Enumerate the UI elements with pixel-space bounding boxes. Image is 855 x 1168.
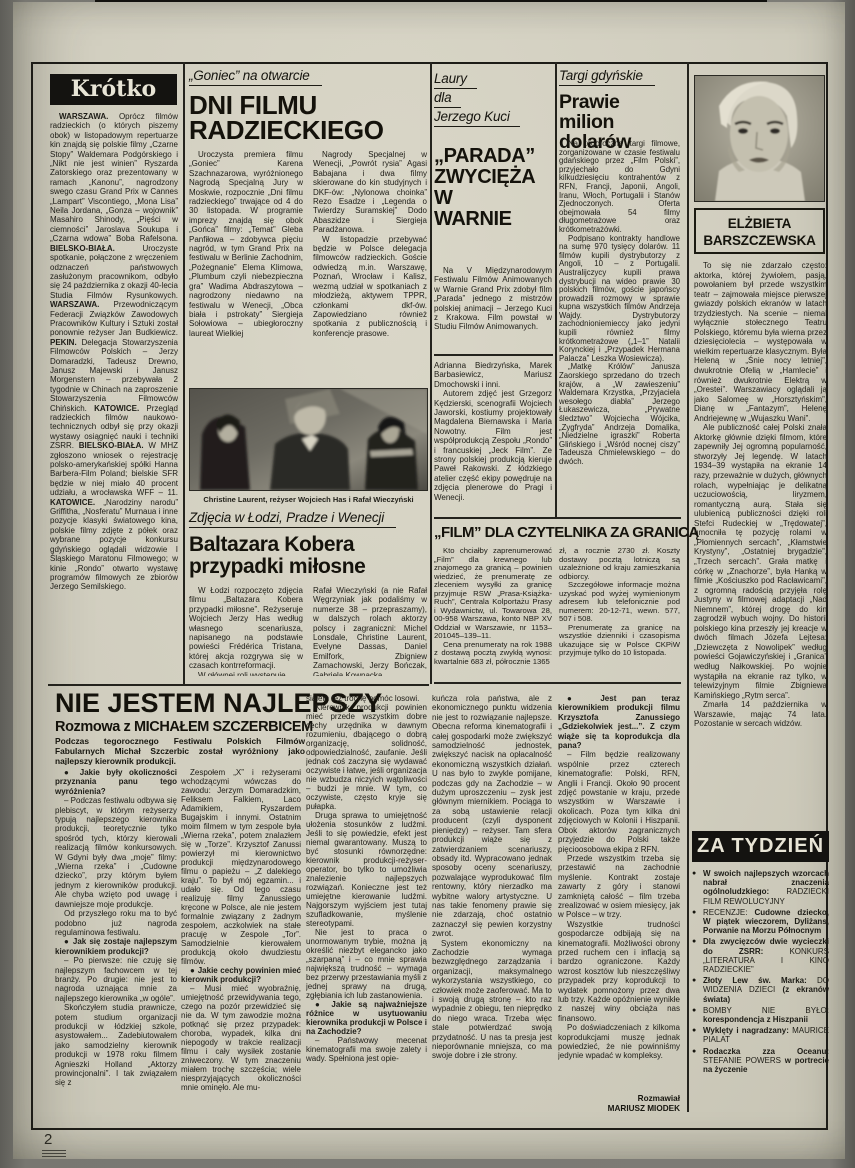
text-segment: Nagrody Specjalnej w Wenecji, „Powrót ry… [313, 150, 427, 234]
newspaper-page: Krótko WARSZAWA. Oprócz filmów radziecki… [0, 0, 855, 1168]
paragraph: Ale publiczność całej Polski znała Aktor… [694, 423, 827, 700]
text-segment: System ekonomiczny na Zachodzie wymaga b… [432, 939, 552, 1061]
section-rule [434, 354, 553, 356]
column-rule [430, 62, 432, 684]
column-rule [687, 62, 689, 1112]
paragraph: – Po pierwsze: nie czuję się najlepszym … [55, 956, 177, 1003]
text-segment: Przede wszystkim trzeba się przestawić n… [558, 854, 680, 919]
text-segment: Od przyszłego roku ma to być podobno już… [55, 909, 177, 937]
article-column: Adrianna Biedrzyńska, Marek Barbasiewicz… [434, 361, 552, 511]
text-segment: ● Jest pan teraz kierownikiem produkcji … [558, 694, 680, 750]
obituary-body: To się nie zdarzało często: aktorka, któ… [694, 261, 827, 827]
paragraph: Po doświadczeniach z kilkoma koprodukcja… [558, 1023, 680, 1061]
paragraph: Szczegółowe informacje można uzyskać pod… [559, 581, 680, 624]
text-segment: Prenumeratę za granicę na wszystkie dzie… [559, 623, 680, 658]
interview-column: kuńcza rola państwa, ale z ekonomicznego… [432, 694, 552, 1122]
paragraph: Prenumeratę za granicę na wszystkie dzie… [559, 624, 680, 658]
krotko-title: Krótko [50, 74, 177, 105]
za-tydzien-list: ●W swoich najlepszych wzorcach nabrał zn… [692, 869, 829, 1115]
bullet-icon: ● [692, 1026, 703, 1044]
kicker-text: „Goniec” na otwarcie [189, 68, 322, 86]
bullet-icon: ● [692, 937, 703, 974]
text-segment: Cena prenumeraty na rok 1988 z dostawą p… [434, 640, 552, 666]
article-column: zł, a rocznie 2730 zł. Koszty dostawy po… [559, 547, 680, 679]
text-segment: Ale publiczność całej Polski znała Aktor… [694, 423, 827, 699]
paragraph: – Film będzie realizowany wspólnie przez… [558, 750, 680, 853]
interview-byline: Rozmawiał MARIUSZ MIODEK [558, 1094, 680, 1114]
text-segment: „Matkę Królów” Janusza Zaorskiego sprzed… [559, 362, 680, 466]
text-segment: Adrianna Biedrzyńska, Marek Barbasiewicz… [434, 361, 552, 389]
portrait-photo [694, 75, 825, 202]
section-rule [434, 682, 681, 684]
bullet-icon: ● [692, 976, 703, 1004]
text-segment: Nie jest to praca o unormowanym trybie, … [306, 928, 427, 1000]
list-item-text: BOMBY NIE BYŁO: korespondencja z Hiszpan… [703, 1006, 829, 1024]
bullet-icon: ● [692, 1047, 703, 1075]
paragraph: Autorem zdjęć jest Grzegorz Kędzierski, … [434, 389, 552, 502]
text-segment: Po doświadczeniach z kilkoma koprodukcja… [558, 1023, 680, 1060]
list-item-text: Wyklęty i nagradzany: MAURICE PIALAT [703, 1026, 829, 1044]
text-segment: W Łodzi rozpoczęto zdjęcia filmu „Baltaz… [189, 586, 303, 670]
list-item-text: Dla zwycięzców dwie wycieczki do ZSRR: K… [703, 937, 829, 974]
paragraph: System ekonomiczny na Zachodzie wymaga b… [432, 939, 552, 1061]
paragraph: Podpisano kontrakty handlowe na sumę 970… [559, 235, 680, 364]
text-segment: Na V Międzynarodowym Festiwalu Filmów An… [434, 266, 552, 331]
list-item-text: Złoty Lew św. Marka: DO WIDZENIA DZIECI … [703, 976, 829, 1004]
interview-column: Zespołem „X” i reżyserami wchodzącymi wó… [181, 768, 301, 1124]
list-item: ●RECENZJE: Cudowne dziecko, W piątek wie… [692, 908, 829, 936]
list-item: ●W swoich najlepszych wzorcach nabrał zn… [692, 869, 829, 906]
text-segment: Wszystkie trudności gospodarcze odbijają… [558, 920, 680, 1023]
interview-column: siałem też trochę pomóc losowi.Kierownik… [306, 694, 427, 1124]
text-segment: Skończyłem studia prawnicze, potem studi… [55, 1003, 177, 1087]
paragraph: zł, a rocznie 2730 zł. Koszty dostawy po… [559, 547, 680, 581]
kicker-text: Targi gdyńskie [559, 68, 655, 86]
paragraph: Skończyłem studia prawnicze, potem studi… [55, 1003, 177, 1088]
paragraph: W Łodzi rozpoczęto zdjęcia filmu „Baltaz… [189, 586, 303, 671]
kicker-line: Laury [434, 70, 477, 89]
paragraph: ● Jakie cechy powinien mieć kierownik pr… [181, 966, 301, 984]
krotko-body: WARSZAWA. Oprócz filmów radzieckich (o k… [50, 112, 178, 674]
interview-lead: Podczas tegorocznego Festiwalu Polskich … [55, 737, 305, 765]
text-segment: zł, a rocznie 2730 zł. Koszty dostawy po… [559, 547, 680, 581]
bullet-icon: ● [692, 1006, 703, 1024]
text-segment: Zespołem „X” i reżyserami wchodzącymi wó… [181, 768, 301, 966]
paragraph: „Matkę Królów” Janusza Zaorskiego sprzed… [559, 363, 680, 466]
text-segment: siałem też trochę pomóc losowi. [306, 694, 419, 703]
byline-name: MARIUSZ MIODEK [558, 1104, 680, 1114]
text-segment: kuńcza rola państwa, ale z ekonomicznego… [432, 694, 552, 938]
kicker-line: dla [434, 89, 461, 108]
portrait-image [695, 76, 824, 201]
section-rule [48, 684, 429, 686]
article-kicker: Targi gdyńskie [559, 68, 655, 86]
list-item: ●Dla zwycięzców dwie wycieczki do ZSRR: … [692, 937, 829, 974]
paragraph: – Państwowy mecenat kinematografii ma sw… [306, 1036, 427, 1063]
article-column: W Łodzi rozpoczęto zdjęcia filmu „Baltaz… [189, 586, 303, 676]
list-item: ●BOMBY NIE BYŁO: korespondencja z Hiszpa… [692, 1006, 829, 1024]
paragraph: Uroczysta premiera filmu „Goniec” Karena… [189, 150, 303, 338]
text-segment: – Musi mieć wyobraźnię, umiejętność prze… [181, 984, 301, 1092]
article-kicker: „Goniec” na otwarcie [189, 68, 322, 86]
text-segment: – Państwowy mecenat kinematografii ma sw… [306, 1036, 427, 1063]
text-segment: To się nie zdarzało często: aktorka, któ… [694, 261, 827, 423]
text-segment: ● Jak się zostaje najlepszym kierownikie… [55, 937, 177, 955]
paragraph: Na tegoroczne targi filmowe, zorganizowa… [559, 140, 680, 235]
text-segment: Złoty Lew św. Marka: [703, 976, 817, 985]
paragraph: Na V Międzynarodowym Festiwalu Filmów An… [434, 266, 552, 332]
paragraph: – Musi mieć wyobraźnię, umiejętność prze… [181, 984, 301, 1092]
article-kicker: Zdjęcia w Łodzi, Pradze i Wenecji [189, 510, 396, 528]
list-item-text: RECENZJE: Cudowne dziecko, W piątek wiec… [703, 908, 829, 936]
paragraph: W głównej roli występuje [189, 671, 303, 676]
text-segment: – Film będzie realizowany wspólnie przez… [558, 750, 680, 853]
paragraph: Kierownik produkcji powinien mieć przede… [306, 703, 427, 811]
text-segment: – Po pierwsze: nie czuję się najlepszym … [55, 956, 177, 1003]
column-rule [555, 62, 557, 518]
text-segment: Oprócz filmów radzieckich (o których pis… [50, 112, 178, 243]
list-item: ●Wyklęty i nagradzany: MAURICE PIALAT [692, 1026, 829, 1044]
text-segment: Uroczysta premiera filmu „Goniec” Karena… [189, 150, 303, 338]
paragraph: Kto chciałby zaprenumerować „Film” dla k… [434, 547, 552, 641]
section-rule [434, 517, 681, 519]
text-segment: BIELSKO-BIAŁA. [79, 441, 149, 450]
paragraph: Druga sprawa to umiejętność ułożenia sto… [306, 811, 427, 928]
article-headline: „PARADA” ZWYCIĘŻA W WARNIE [434, 146, 552, 230]
text-segment: WARSZAWA. [59, 112, 119, 121]
paragraph: Zespołem „X” i reżyserami wchodzącymi wó… [181, 768, 301, 966]
paragraph: ● Jakie były okoliczności przyznania pan… [55, 768, 177, 796]
article-column: Uroczysta premiera filmu „Goniec” Karena… [189, 150, 303, 386]
article-headline: „FILM” DLA CZYTELNIKA ZA GRANICĄ [434, 524, 681, 542]
paragraph: Od przyszłego roku ma to być podobno już… [55, 909, 177, 937]
text-segment: Kto chciałby zaprenumerować „Film” dla k… [434, 547, 552, 640]
text-segment: Na tegoroczne targi filmowe, zorganizowa… [559, 140, 680, 234]
text-segment: ● Jakie są najważniejsze różnice w usytu… [306, 1000, 427, 1036]
za-tydzien-title: ZA TYDZIEŃ [692, 831, 829, 862]
text-segment: RECENZJE: [703, 908, 754, 917]
interview-column: ● Jakie były okoliczności przyznania pan… [55, 768, 177, 1124]
text-segment: korespondencja z Hiszpanii [703, 1015, 808, 1024]
text-segment: Delegacja Stowarzyszenia Filmowców Polsk… [50, 338, 178, 413]
paragraph: kuńcza rola państwa, ale z ekonomicznego… [432, 694, 552, 939]
paragraph: Wszystkie trudności gospodarcze odbijają… [558, 920, 680, 1023]
text-segment: Podpisano kontrakty handlowe na sumę 970… [559, 234, 680, 363]
paragraph: Adrianna Biedrzyńska, Marek Barbasiewicz… [434, 361, 552, 389]
article-column: Na tegoroczne targi filmowe, zorganizowa… [559, 140, 680, 508]
text-segment: WARSZAWA. [50, 300, 114, 309]
text-segment: Rafał Wieczyński (a nie Rafał Węgrzyniak… [313, 586, 427, 676]
text-segment: KATOWICE. [94, 404, 146, 413]
paragraph: WARSZAWA. Oprócz filmów radzieckich (o k… [50, 112, 178, 592]
kicker-line: Jerzego Kuci [434, 108, 520, 127]
text-segment: PEKIN. [50, 338, 82, 347]
paragraph: Zmarła 14 października w Warszawie, mają… [694, 700, 827, 729]
article-headline: DNI FILMU RADZIECKIEGO [189, 93, 429, 143]
article-column: Na V Międzynarodowym Festiwalu Filmów An… [434, 266, 552, 352]
text-segment: Autorem zdjęć jest Grzegorz Kędzierski, … [434, 389, 552, 501]
text-segment: Wyklęty i nagradzany: [703, 1026, 792, 1035]
portrait-name-title: ELŻBIETA BARSZCZEWSKA [694, 208, 825, 254]
photo-caption: Christine Laurent, reżyser Wojciech Has … [189, 495, 428, 504]
film-still-image [190, 389, 427, 490]
kicker-text: Zdjęcia w Łodzi, Pradze i Wenecji [189, 510, 396, 528]
column-rule [183, 62, 185, 684]
paragraph: Przede wszystkim trzeba się przestawić n… [558, 854, 680, 920]
text-segment: Kierownik produkcji powinien mieć przede… [306, 703, 427, 811]
interview-column: ● Jest pan teraz kierownikiem produkcji … [558, 694, 680, 1092]
paragraph: Nagrody Specjalnej w Wenecji, „Powrót ry… [313, 150, 427, 235]
list-item-text: W swoich najlepszych wzorcach nabrał zna… [703, 869, 829, 906]
text-segment: W głównej roli występuje [198, 671, 286, 676]
paragraph: W listopadzie przebywać będzie w Polsce … [313, 235, 427, 338]
paragraph: siałem też trochę pomóc losowi. [306, 694, 427, 703]
paragraph: To się nie zdarzało często: aktorka, któ… [694, 261, 827, 423]
bullet-icon: ● [692, 869, 703, 906]
paragraph: – Podczas festiwalu odbywa się plebiscyt… [55, 796, 177, 909]
text-segment: – Podczas festiwalu odbywa się plebiscyt… [55, 796, 177, 908]
bullet-icon: ● [692, 908, 703, 936]
page-number: 2 [44, 1131, 52, 1148]
paragraph: Nie jest to praca o unormowanym trybie, … [306, 928, 427, 1000]
text-segment: ● Jakie cechy powinien mieć kierownik pr… [181, 966, 301, 984]
page-number-underline [42, 1150, 66, 1157]
list-item-text: Rodaczka zza Oceanu: STEFANIE POWERS w p… [703, 1047, 829, 1075]
article-column: Kto chciałby zaprenumerować „Film” dla k… [434, 547, 552, 679]
article-headline: Baltazara Kobera przypadki miłosne [189, 534, 429, 578]
text-segment: Szczegółowe informacje można uzyskać pod… [559, 580, 680, 623]
paragraph: ● Jest pan teraz kierownikiem produkcji … [558, 694, 680, 750]
paragraph: Cena prenumeraty na rok 1988 z dostawą p… [434, 641, 552, 667]
text-segment: „Narodziny narodu” Griffitha, „Nosferatu… [50, 498, 178, 592]
text-segment: STEFANIE POWERS [703, 1056, 785, 1065]
text-segment: W listopadzie przebywać będzie w Polsce … [313, 235, 427, 338]
text-segment: Zmarła 14 października w Warszawie, mają… [694, 700, 827, 728]
text-segment: ● Jakie były okoliczności przyznania pan… [55, 768, 177, 796]
text-segment: Rodaczka zza Oceanu: [703, 1047, 829, 1056]
film-still-photo [189, 388, 428, 491]
list-item: ●Złoty Lew św. Marka: DO WIDZENIA DZIECI… [692, 976, 829, 1004]
byline-label: Rozmawiał [558, 1094, 680, 1104]
article-kicker: Laury dla Jerzego Kuci [434, 70, 520, 127]
text-segment: BIELSKO-BIAŁA. [50, 244, 142, 253]
text-segment: KATOWICE. [50, 498, 103, 507]
list-item: ●Rodaczka zza Oceanu: STEFANIE POWERS w … [692, 1047, 829, 1075]
paragraph: Rafał Wieczyński (a nie Rafał Węgrzyniak… [313, 586, 427, 676]
article-column: Rafał Wieczyński (a nie Rafał Węgrzyniak… [313, 586, 427, 676]
paragraph: ● Jak się zostaje najlepszym kierownikie… [55, 937, 177, 956]
article-column: Nagrody Specjalnej w Wenecji, „Powrót ry… [313, 150, 427, 386]
text-segment: Druga sprawa to umiejętność ułożenia sto… [306, 811, 427, 928]
paragraph: ● Jakie są najważniejsze różnice w usytu… [306, 1000, 427, 1036]
text-segment: BOMBY NIE BYŁO: [703, 1006, 829, 1015]
